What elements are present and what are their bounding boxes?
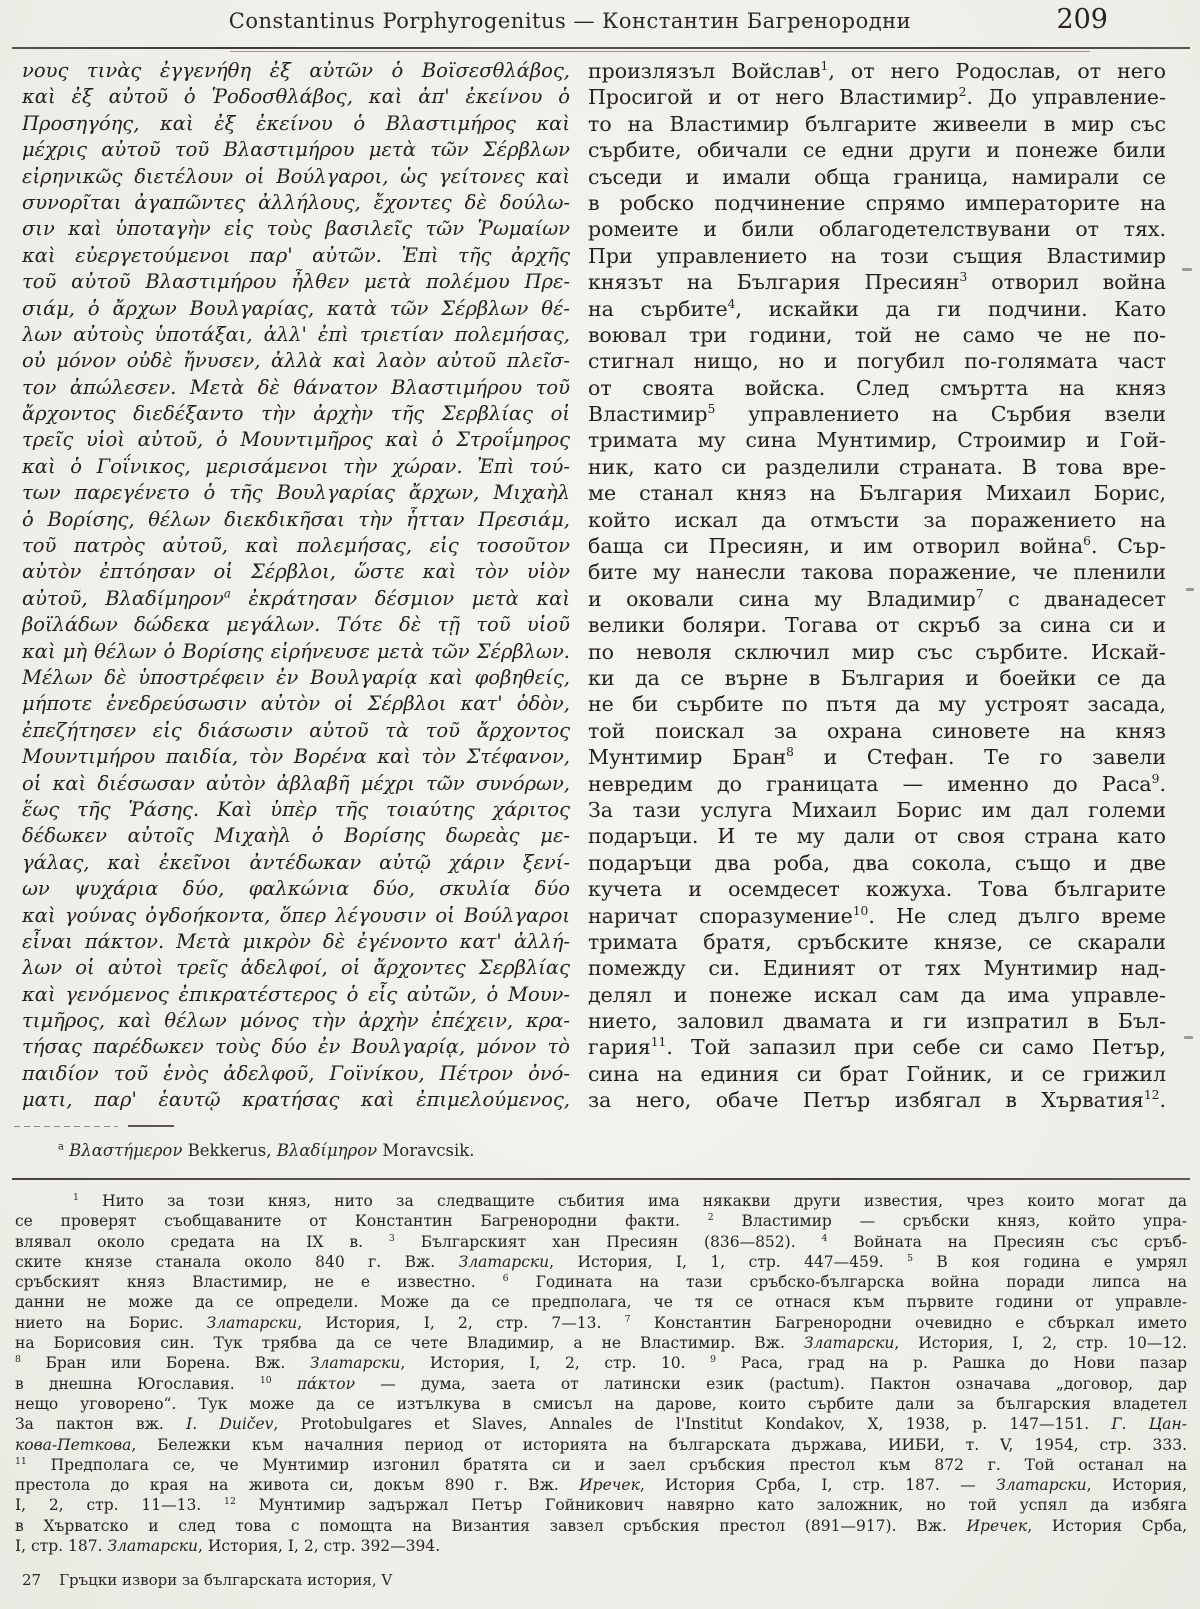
greek-text-line: αὐτὸν ἐπτόησαν οἱ Σέρβλοι, ὥστε καὶ τὸν … [22,559,570,585]
greek-text-line: τρεῖς υἱοὶ αὐτοῦ, ὁ Μουντιμῆρος καὶ ὁ Στ… [22,427,570,453]
greek-text-line: τήσας παρέδωκεν τοὺς δύο ἐν Βουλγαρίᾳ, μ… [22,1034,570,1060]
bulgarian-text-line: баща си Пресиян, и им отворил война6. Съ… [588,533,1166,559]
bulgarian-text-line: на сърбите4, искайки да ги подчини. Като [588,296,1166,322]
bulgarian-text-line: воювал три години, той не само че не по- [588,322,1166,348]
greek-text-line: καὶ μὴ θέλων ὁ Βορίσης εἰρήνευσε μετὰ τῶ… [22,639,570,665]
header-rule-secondary [230,51,1090,52]
bulgarian-text-line: подаръци. И те му дали от своя страна ка… [588,823,1166,849]
apparatus-rule [128,1125,174,1127]
bulgarian-text-line: ник, като си разделили страната. В това … [588,454,1166,480]
bulgarian-text-line: за него, обаче Петър избягал в Хърватия1… [588,1087,1166,1113]
greek-text-line: συνορῖται ἀγαπῶντες ἀλλήλους, ἔχοντες δὲ… [22,190,570,216]
critical-apparatus-note: a Βλαστήμερον Bekkerus, Βλαδίμηρον Morav… [58,1140,1158,1162]
greek-text-line: οὐ μόνον οὐδὲ ἤνυσεν, ἀλλὰ καὶ λαὸν αὐτο… [22,348,570,374]
bulgarian-text-line: в робско подчинение спрямо императорите … [588,190,1166,216]
greek-text-line: νους τινὰς ἐγγενήθη ἐξ αὐτῶν ὁ Βοϊσεσθλά… [22,58,570,84]
bulgarian-text-line: невредим до границата — именно до Раса9. [588,771,1166,797]
greek-text-line: Μουντιμήρου παιδία, τὸν Βορένα καὶ τὸν Σ… [22,744,570,770]
greek-source-column: νους τινὰς ἐγγενήθη ἐξ αὐτῶν ὁ Βοϊσεσθλά… [22,58,570,1114]
bulgarian-text-line: Просигой и от него Властимир2. До управл… [588,84,1166,110]
signature-title: Гръцки извори за българската история, V [59,1571,392,1589]
bulgarian-text-line: той поискал за охрана синовете на княз [588,718,1166,744]
bulgarian-translation-column: произлязъл Войслав1, от него Родослав, о… [588,58,1166,1114]
greek-text-line: τιμῆρος, καὶ θέλων μόνος τὴν ἀρχὴν ἐπέχε… [22,1008,570,1034]
bulgarian-text-line: произлязъл Войслав1, от него Родослав, о… [588,58,1166,84]
bulgarian-text-line: Властимир5 управлението на Сърбия взели [588,401,1166,427]
footnotes-block: 1 Нито за този княз, нито за следващите … [15,1191,1187,1556]
greek-text-line: τον ἀπώλεσεν. Μετὰ δὲ θάνατον Βλαστιμήρο… [22,375,570,401]
greek-text-line: ἐπεζήτησεν εἰς διάσωσιν αὐτοῦ τὰ τοῦ ἄρχ… [22,718,570,744]
greek-text-line: λων οἱ αὐτοὶ τρεῖς ἀδελφοί, οἱ ἄρχοντες … [22,955,570,981]
bulgarian-text-line: стигнал нищо, но и погубил по-голямата ч… [588,348,1166,374]
greek-text-line: καὶ γενόμενος ἐπικρατέστερος ὁ εἷς αὐτῶν… [22,982,570,1008]
bulgarian-text-line: нието, заловил двамата и ги изпратил в Б… [588,1008,1166,1034]
greek-text-line: ἕως τῆς Ῥάσης. Καὶ ὑπὲρ τῆς τοιαύτης χάρ… [22,797,570,823]
bulgarian-text-line: При управлението на този същия Властимир [588,243,1166,269]
footnote-line: данни не може да се определи. Може да се… [15,1292,1187,1312]
footnote-line: ските князе станала около 840 г. Вж. Зла… [15,1252,1187,1272]
greek-text-line: οἱ καὶ διέσωσαν αὐτὸν ἀβλαβῆ μέχρι τῶν σ… [22,771,570,797]
page-number: 209 [1056,4,1108,35]
bulgarian-text-line: ки да се върне в България и боейки се да [588,665,1166,691]
bulgarian-text-line: сина на единия си брат Гойник, и се гриж… [588,1061,1166,1087]
greek-text-line: Προσηγόης, καὶ ἐξ ἐκείνου ὁ Βλαστιμήρος … [22,111,570,137]
greek-text-line: καὶ εὐεργετούμενοι παρ' αὐτῶν. Ἐπὶ τῆς ἀ… [22,243,570,269]
bulgarian-text-line: помежду си. Единият от тях Мунтимир над- [588,955,1166,981]
greek-text-line: ων ψυχάρια δύο, φαλκώνια δύο, σκυλία δύο [22,876,570,902]
footnote-line: нещо уговорено“. Тук може да се изтълкув… [15,1394,1187,1414]
greek-text-line: τοῦ πατρὸς αὐτοῦ, καὶ πολεμήσας, εἰς τοσ… [22,533,570,559]
bulgarian-text-line: велики боляри. Тогава от скръб за сина с… [588,612,1166,638]
footnote-line: кова-Петкова, Бележки към началния перио… [15,1435,1187,1455]
bulgarian-text-line: Мунтимир Бран8 и Стефан. Те го завели [588,744,1166,770]
greek-text-line: ἄρχοντος διεδέξαντο τὴν ἀρχὴν τῆς Σερβλί… [22,401,570,427]
greek-text-line: σιν καὶ ὑποταγὴν εἰς τοὺς βασιλεῖς τῶν Ῥ… [22,216,570,242]
bulgarian-text-line: съседи и имали обща граница, намирали се [588,164,1166,190]
scan-speck [1184,1036,1193,1039]
greek-text-line: σιάμ, ὁ ἄρχων Βουλγαρίας, κατὰ τῶν Σέρβλ… [22,296,570,322]
greek-text-line: δέδωκεν αὐτοῖς Μιχαὴλ ὁ Βορίσης δωρεὰς μ… [22,823,570,849]
bulgarian-text-line: тримата братя, сръбските князе, се скара… [588,929,1166,955]
bulgarian-text-line: За тази услуга Михаил Борис им дал голем… [588,797,1166,823]
greek-text-line: λων αὐτοὺς ὑποτάξαι, ἀλλ' ἐπὶ τριετίαν π… [22,322,570,348]
footnote-line: 11 Предполага се, че Мунтимир изгонил бр… [15,1455,1187,1475]
footnote-line: на Борисовия син. Тук трябва да се чете … [15,1333,1187,1353]
footnote-line: в Хърватско и след това с помощта на Виз… [15,1516,1187,1536]
footnote-line: престола до края на живота си, докъм 890… [15,1475,1187,1495]
greek-text-line: μήποτε ἐνεδρεύσωσιν αὐτὸν οἱ Σέρβλοι κατ… [22,691,570,717]
footnote-line: влявал около средата на IX в. 3 Българск… [15,1232,1187,1252]
bulgarian-text-line: който искал да отмъсти за поражението на [588,507,1166,533]
bulgarian-text-line: наричат споразумение10. Не след дълго вр… [588,903,1166,929]
bulgarian-text-line: ме станал княз на България Михаил Борис, [588,480,1166,506]
page-title: Constantinus Porphyrogenitus — Константи… [0,9,1140,33]
footnote-line: I, стр. 187. Златарски, История, I, 2, с… [15,1536,1187,1556]
footnote-line: За пактон вж. I. Duičev, Protobulgares e… [15,1414,1187,1434]
greek-text-line: καὶ γούνας ὀγδοήκοντα, ὅπερ λέγουσιν οἱ … [22,903,570,929]
bulgarian-text-line: от своята войска. След смъртта на княз [588,375,1166,401]
bulgarian-text-line: и оковали сина му Владимир7 с дванадесет [588,586,1166,612]
greek-text-line: ματι, παρ' ἑαυτῷ κρατήσας καὶ ἐπιμελούμε… [22,1087,570,1113]
bulgarian-text-line: бите му нанесли такова поражение, че пле… [588,559,1166,585]
bulgarian-text-line: не би сърбите по пътя да му устроят заса… [588,691,1166,717]
footnote-line: се проверят съобщаваните от Константин Б… [15,1211,1187,1231]
print-signature: 27Гръцки извори за българската история, … [22,1571,392,1589]
footnote-line: I, 2, стр. 11—13. 12 Мунтимир задържал П… [15,1495,1187,1515]
bulgarian-text-line: тримата му сина Мунтимир, Строимир и Гой… [588,427,1166,453]
greek-text-line: μέχρις αὐτοῦ τοῦ Βλαστιμήρου μετὰ τῶν Σέ… [22,137,570,163]
greek-text-line: καὶ ἐξ αὐτοῦ ὁ Ῥοδοσθλάβος, καὶ ἀπ' ἐκεί… [22,84,570,110]
footnote-divider-rule [12,1178,1190,1180]
apparatus-rule-faint [14,1126,118,1127]
greek-text-line: Μέλων δὲ ὑποστρέφειν ἐν Βουλγαρίᾳ καὶ φο… [22,665,570,691]
scan-speck [1186,588,1194,591]
footnote-line: сръбският княз Властимир, не е известно.… [15,1272,1187,1292]
bulgarian-text-line: то на Властимир българите живеели в мир … [588,111,1166,137]
bulgarian-text-line: подаръци два роба, два сокола, също и дв… [588,850,1166,876]
footnote-line: в днешна Югославия. 10 πάκτον — дума, за… [15,1374,1187,1394]
footnote-line: 8 Бран или Борена. Вж. Златарски, Истори… [15,1353,1187,1373]
bulgarian-text-line: ромеите и били облагодетелствувани от тя… [588,216,1166,242]
footnote-line: 1 Нито за този княз, нито за следващите … [15,1191,1187,1211]
greek-text-line: βοϊλάδων δώδεκα μεγάλων. Τότε δὲ τῇ τοῦ … [22,612,570,638]
greek-text-line: καὶ ὁ Γοΐνικος, μερισάμενοι τὴν χώραν. Ἐ… [22,454,570,480]
greek-text-line: αὐτοῦ, Βλαδίμηρονa ἐκράτησαν δέσμιον μετ… [22,586,570,612]
scanned-book-page: Constantinus Porphyrogenitus — Константи… [0,0,1200,1609]
bulgarian-text-line: князът на България Пресиян3 отворил войн… [588,269,1166,295]
bulgarian-text-line: делял и понеже искал сам да има управле- [588,982,1166,1008]
scan-speck [1182,268,1192,271]
greek-text-line: εἰρηνικῶς διετέλουν οἱ Βούλγαροι, ὡς γεί… [22,164,570,190]
greek-text-line: γάλας, καὶ ἐκεῖνοι ἀντέδωκαν αὐτῷ χάριν … [22,850,570,876]
header-rule [12,47,1190,49]
footnote-line: нието на Борис. Златарски, История, I, 2… [15,1313,1187,1333]
greek-text-line: παιδίον τοῦ ἑνὸς ἀδελφοῦ, Γοϊνίκου, Πέτρ… [22,1061,570,1087]
bulgarian-text-line: сърбите, обичали се едни други и понеже … [588,137,1166,163]
greek-text-line: ὁ Βορίσης, θέλων διεκδικῆσαι τὴν ἧτταν Π… [22,507,570,533]
bulgarian-text-line: кучета и осемдесет кожуха. Това българит… [588,876,1166,902]
bulgarian-text-line: гария11. Той запазил при себе си само Пе… [588,1034,1166,1060]
greek-text-line: εἶναι πάκτον. Μετὰ μικρὸν δὲ ἐγένοντο κα… [22,929,570,955]
bulgarian-text-line: по неволя сключил мир със сърбите. Искай… [588,639,1166,665]
greek-text-line: τοῦ αὐτοῦ Βλαστιμήρου ἦλθεν μετὰ πολέμου… [22,269,570,295]
greek-text-line: των παρεγένετο ὁ τῆς Βουλγαρίας ἄρχων, Μ… [22,480,570,506]
signature-number: 27 [22,1571,41,1589]
